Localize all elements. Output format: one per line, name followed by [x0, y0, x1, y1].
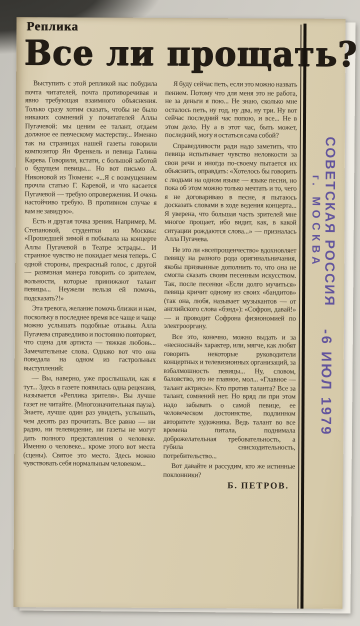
- article-column-left: Выступить с этой репликой нас побудила п…: [23, 79, 157, 491]
- article-paragraph: Я буду сейчас петь, если это можно назва…: [165, 80, 297, 140]
- author-signature: Б. ПЕТРОВ.: [163, 481, 295, 490]
- newspaper-clipping: Реплика Все ли прощать? Выступить с этой…: [13, 17, 345, 609]
- stamp-city: г. МОСКВА: [308, 131, 323, 313]
- article-headline: Все ли прощать?: [24, 32, 309, 75]
- article-body: Выступить с этой репликой нас побудила п…: [23, 79, 297, 492]
- article-paragraph: Эта тревога, желание помочь близки и нам…: [24, 304, 156, 373]
- date-stamp: -6 ИЮЛ 1979: [317, 308, 335, 458]
- article-column-right: Я буду сейчас петь, если это можно назва…: [163, 80, 297, 492]
- article-paragraph: Выступить с этой репликой нас побудила п…: [25, 79, 158, 216]
- article-paragraph: Есть и другая точка зрения. Например, М.…: [24, 217, 156, 303]
- library-stamp-newspaper: СОВЕТСКАЯ РОССИЯ г. МОСКВА: [308, 131, 338, 313]
- column-rule-thick: [300, 24, 306, 609]
- article-paragraph: Не это ли «всепрощенчество» вдохновляет …: [164, 245, 296, 331]
- scanned-newspaper-clipping-photo: { "article": { "kicker": "Реплика", "tit…: [0, 0, 360, 626]
- article-paragraph: — Вы, наверно, уже прослышали, как я тут…: [23, 374, 155, 468]
- article-paragraph: Вот давайте и рассудим, кто же истинные …: [163, 462, 295, 480]
- stamp-newspaper-name: СОВЕТСКАЯ РОССИЯ: [322, 131, 338, 313]
- article-paragraph: Все это, конечно, можно выдать и за «нес…: [163, 332, 296, 460]
- article-paragraph: Справедливости ради надо заметить, что п…: [164, 141, 297, 244]
